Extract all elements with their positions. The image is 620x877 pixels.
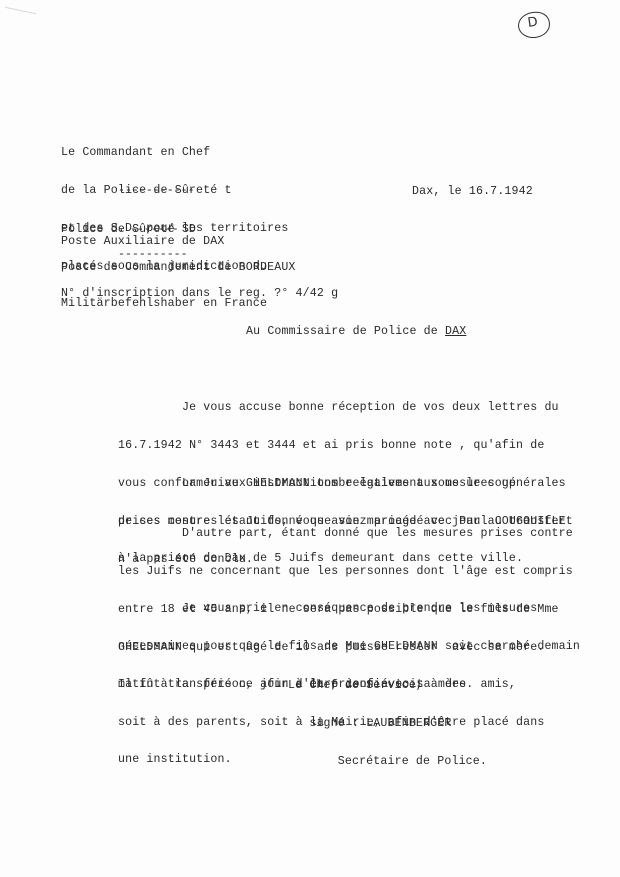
scan-smudge (4, 7, 37, 21)
separator: ----------- (118, 184, 195, 197)
signature-block: Le Chef de Service, signé : LAUBENBERGER… (288, 655, 487, 794)
document-page: D Le Commandant en Chef de la Police de … (0, 0, 620, 877)
recipient-city: DAX (445, 325, 466, 338)
page-number-text: D (527, 15, 539, 31)
signature-line: Secrétaire de Police. (288, 756, 487, 769)
place-date: Dax, le 16.7.1942 (412, 186, 533, 199)
separator: ---------- (118, 248, 188, 261)
signature-line: Le Chef de Service, (288, 680, 487, 693)
body-line: La Juive GHELDMANN tombe également sous … (118, 478, 566, 491)
body-line: Je vous prie en conséquence de prendre l… (118, 603, 580, 616)
office-line: Poste de Commandement de BORDEAUX (61, 262, 296, 275)
recipient: Au Commissaire de Police de DAX (246, 326, 466, 339)
auxiliary-post: Poste Auxiliaire de DAX (61, 236, 224, 249)
page-number-mark: D (516, 10, 551, 40)
registration-number: N° d'inscription dans le reg. ?° 4/42 g (61, 288, 338, 301)
body-line: les Juifs ne concernant que les personne… (118, 566, 573, 579)
body-line: 16.7.1942 N° 3443 et 3444 et ai pris bon… (118, 440, 573, 453)
sender-line: Le Commandant en Chef (61, 147, 288, 160)
body-line: D'autre part, étant donné que les mesure… (118, 528, 573, 541)
recipient-prefix: Au Commissaire de Police de (246, 325, 445, 338)
signature-line: signé : LAUBENBERGER (288, 718, 487, 731)
body-line: Je vous accuse bonne réception de vos de… (118, 402, 573, 415)
body-line: nécessaires pour que le fils de Mme GHEL… (118, 641, 580, 654)
